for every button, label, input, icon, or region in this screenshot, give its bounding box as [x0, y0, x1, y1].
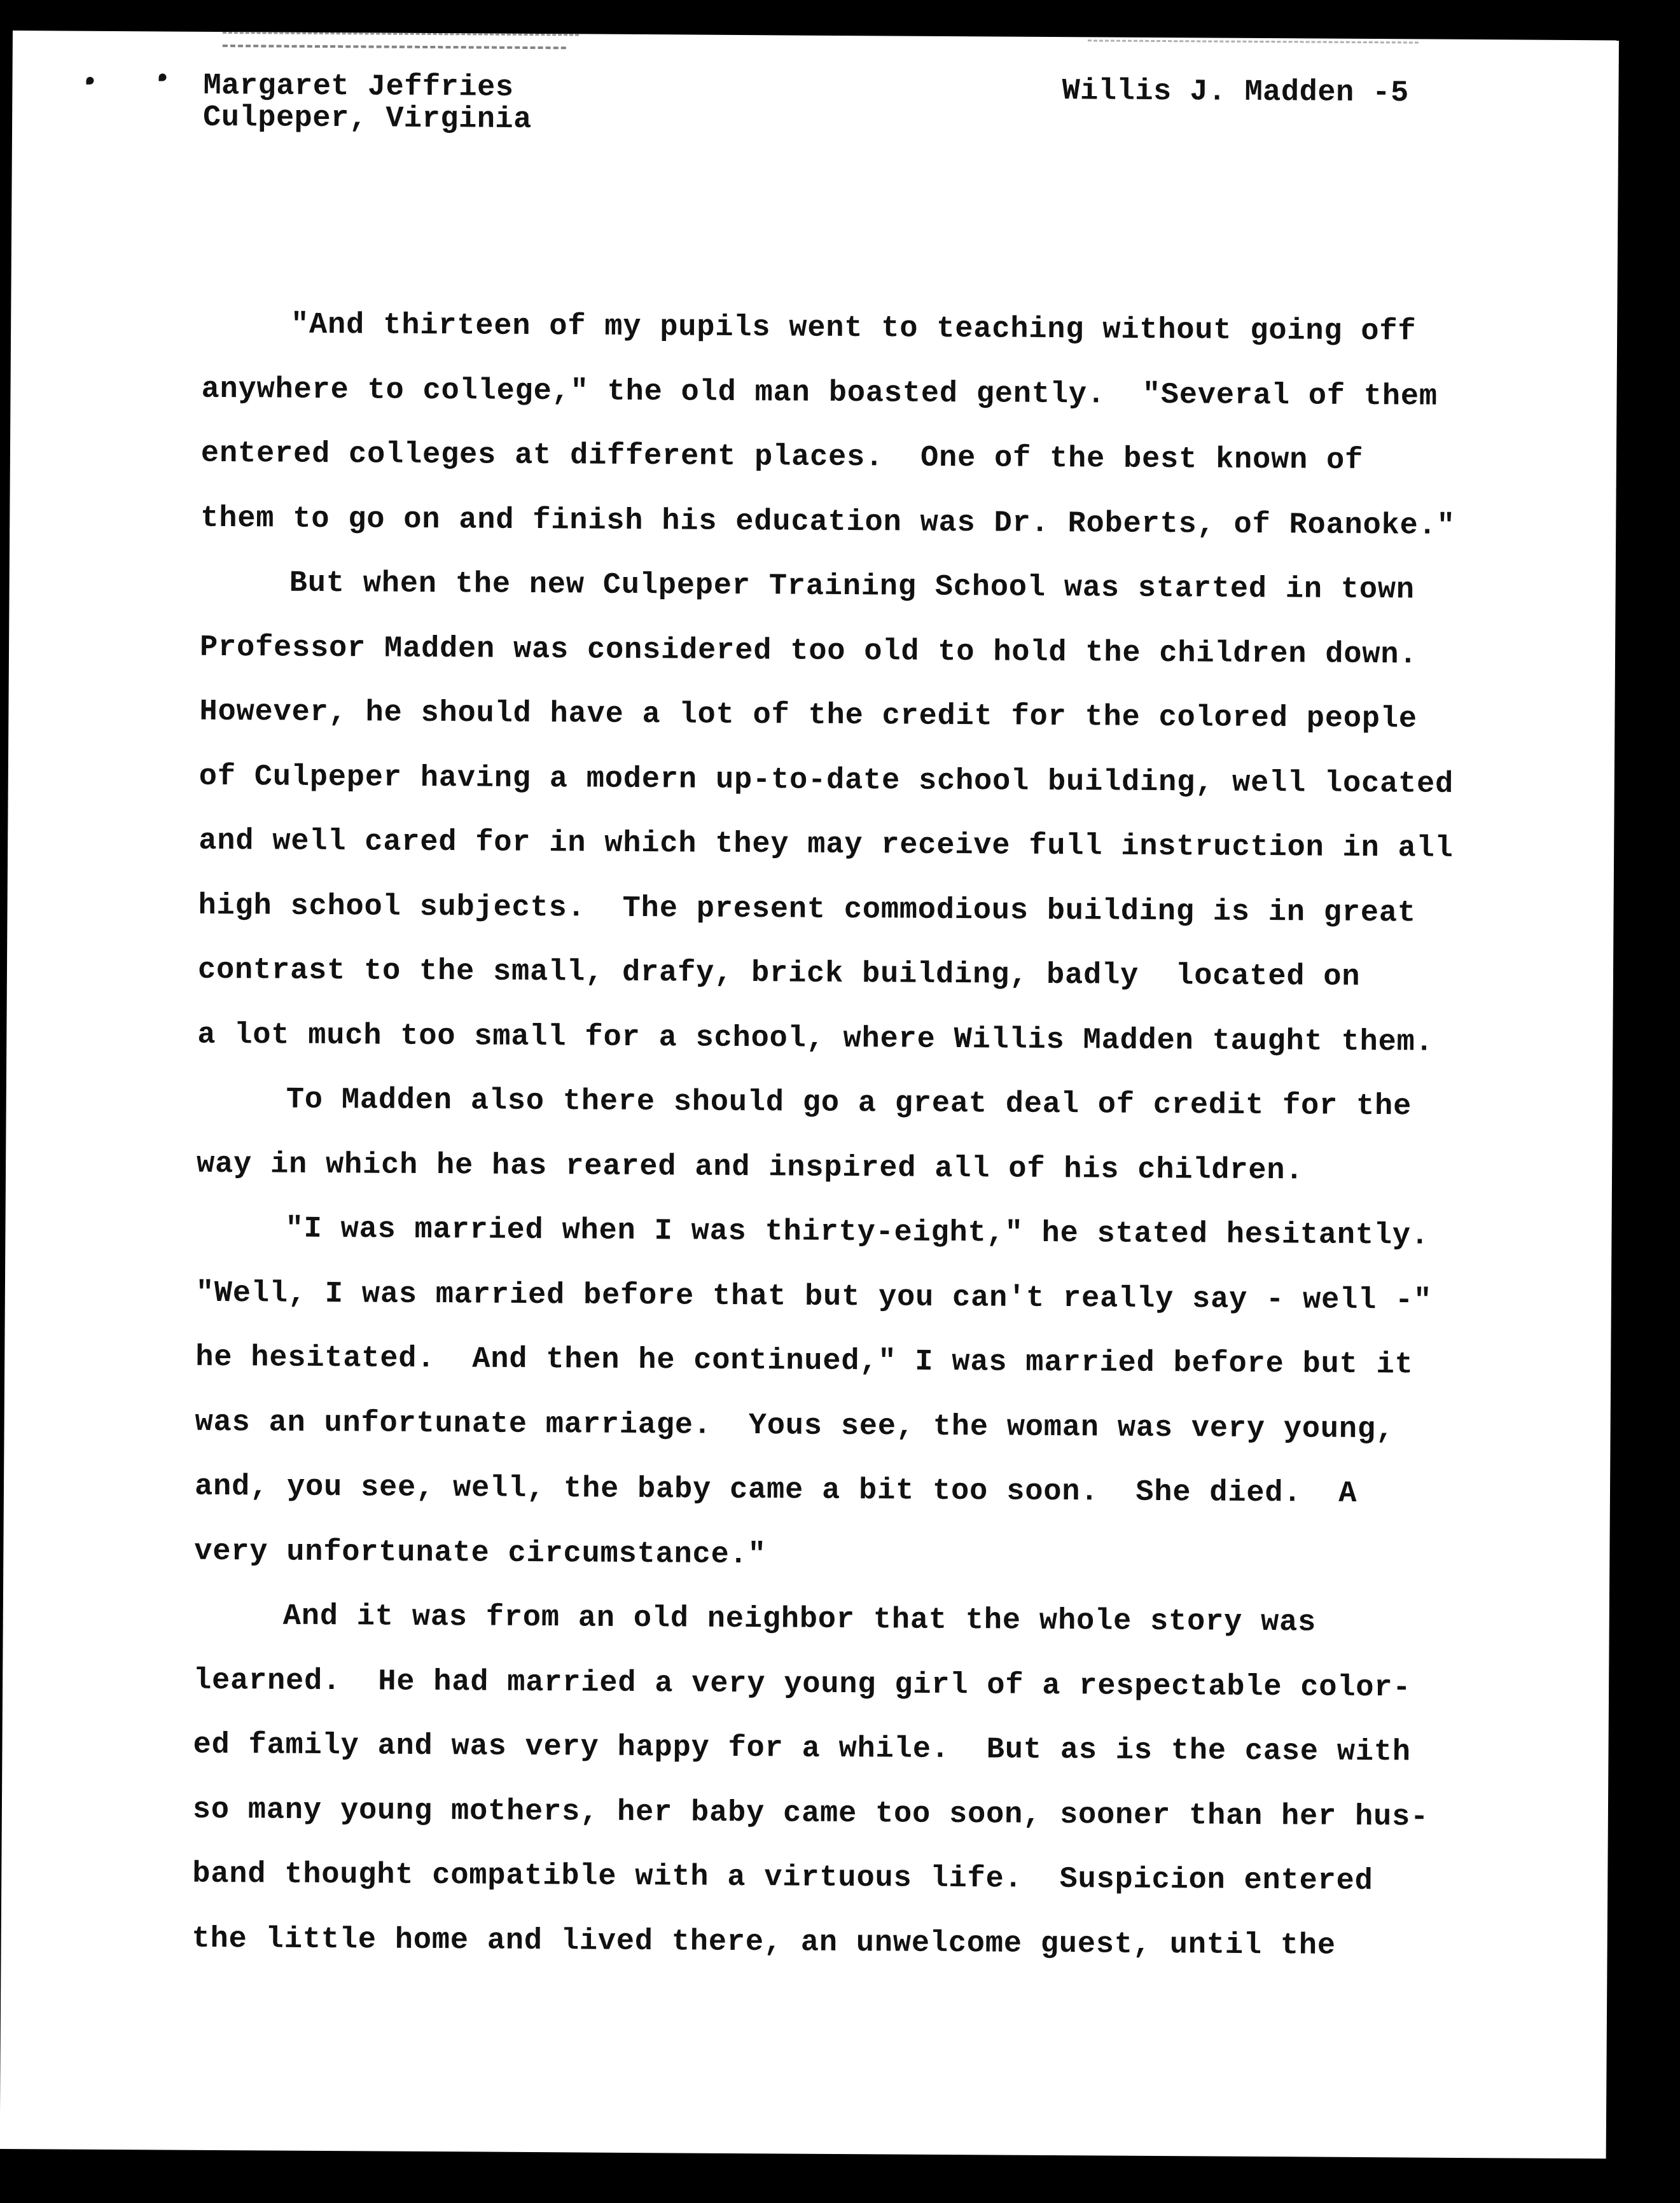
author-location: Culpeper, Virginia [203, 103, 532, 135]
text-line: he hesitated. And then he continued," I … [195, 1326, 1532, 1398]
ink-mark-icon [159, 73, 167, 81]
text-line: high school subjects. The present commod… [198, 873, 1534, 946]
text-line: "Well, I was married before that but you… [196, 1261, 1532, 1333]
text-line: very unfortunate circumstance." [194, 1519, 1531, 1592]
paragraph-first-line: "And thirteen of my pupils went to teach… [202, 293, 1538, 365]
paragraph-first-line: But when the new Culpeper Training Schoo… [200, 551, 1536, 623]
text-line: the little home and lived there, an unwe… [191, 1907, 1528, 1979]
ink-mark-icon [86, 77, 94, 85]
text-line: ed family and was very happy for a while… [193, 1713, 1529, 1786]
paragraph-first-line: To Madden also there should go a great d… [197, 1067, 1533, 1140]
text-line: of Culpeper having a modern up-to-date s… [199, 744, 1536, 817]
paragraph-first-line: And it was from an old neighbor that the… [193, 1584, 1530, 1657]
text-line: learned. He had married a very young gir… [193, 1648, 1530, 1721]
body-text: "And thirteen of my pupils went to teach… [191, 293, 1538, 1980]
text-line: and, you see, well, the baby came a bit … [195, 1455, 1531, 1527]
text-line: so many young mothers, her baby came too… [193, 1777, 1529, 1850]
paragraph-first-line: "I was married when I was thirty-eight,"… [196, 1197, 1532, 1269]
text-line: contrast to the small, drafy, brick buil… [198, 938, 1534, 1011]
document-page: Margaret Jeffries Culpeper, Virginia Wil… [0, 31, 1619, 2158]
text-line: Professor Madden was considered too old … [200, 615, 1536, 688]
bleed-through-text-artifact [1088, 39, 1419, 43]
text-line: was an unfortunate marriage. Yous see, t… [195, 1390, 1531, 1463]
text-line: way in which he has reared and inspired … [197, 1132, 1533, 1204]
subject-page-heading: Willis J. Madden -5 [1062, 76, 1409, 108]
text-line: anywhere to college," the old man boaste… [201, 357, 1538, 429]
text-line: them to go on and finish his education w… [200, 486, 1537, 559]
author-name: Margaret Jeffries [203, 71, 513, 103]
bleed-through-text-artifact [223, 45, 566, 55]
text-line: However, he should have a lot of the cre… [199, 680, 1536, 753]
text-line: and well cared for in which they may rec… [198, 809, 1535, 882]
text-line: a lot much too small for a school, where… [197, 1003, 1534, 1075]
text-line: entered colleges at different places. On… [201, 422, 1538, 494]
text-line: band thought compatible with a virtuous … [192, 1842, 1529, 1915]
